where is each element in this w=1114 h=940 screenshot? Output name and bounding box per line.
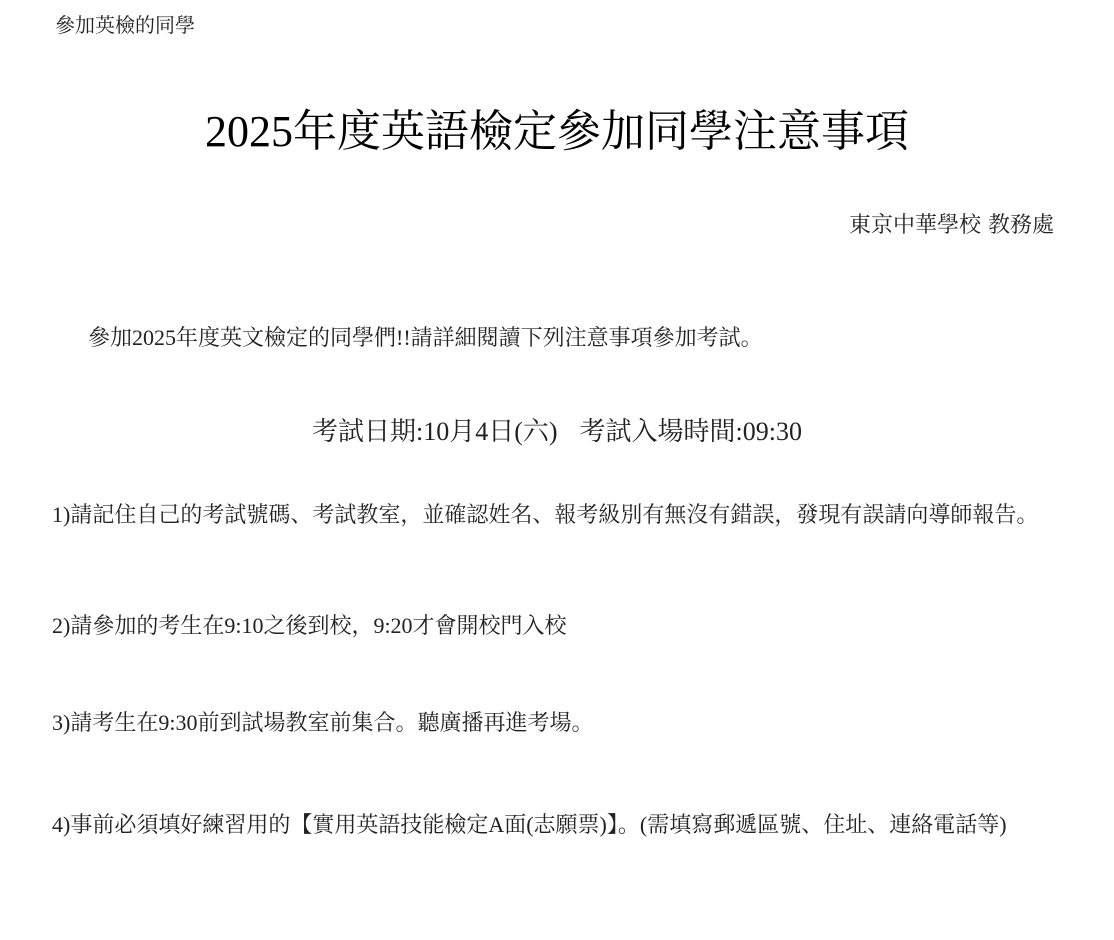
notice-item-2: 2)請參加的考生在9:10之後到校，9:20才會開校門入校 (52, 610, 1062, 642)
notice-item-4: 4)事前必須填好練習用的【實用英語技能檢定A面(志願票)】。(需填寫郵遞區號、住… (52, 809, 1062, 841)
exam-date: 考試日期:10月4日(六) (312, 417, 558, 446)
notice-document: 參加英檢的同學 2025年度英語檢定參加同學注意事項 東京中華學校 教務處 參加… (0, 0, 1114, 940)
exam-schedule: 考試日期:10月4日(六)考試入場時間:09:30 (0, 414, 1114, 450)
notice-item-3: 3)請考生在9:30前到試場教室前集合。聽廣播再進考場。 (52, 707, 1062, 739)
audience-label: 參加英檢的同學 (55, 10, 195, 40)
exam-entry-time: 考試入場時間:09:30 (580, 417, 802, 446)
intro-paragraph: 參加2025年度英文檢定的同學們!!請詳細閱讀下列注意事項參加考試。 (88, 322, 763, 354)
notice-item-1: 1)請記住自己的考試號碼、考試教室，並確認姓名、報考級別有無沒有錯誤，發現有誤請… (52, 499, 1062, 531)
document-title: 2025年度英語檢定參加同學注意事項 (0, 104, 1114, 160)
issuer-signature: 東京中華學校 教務處 (849, 210, 1054, 242)
